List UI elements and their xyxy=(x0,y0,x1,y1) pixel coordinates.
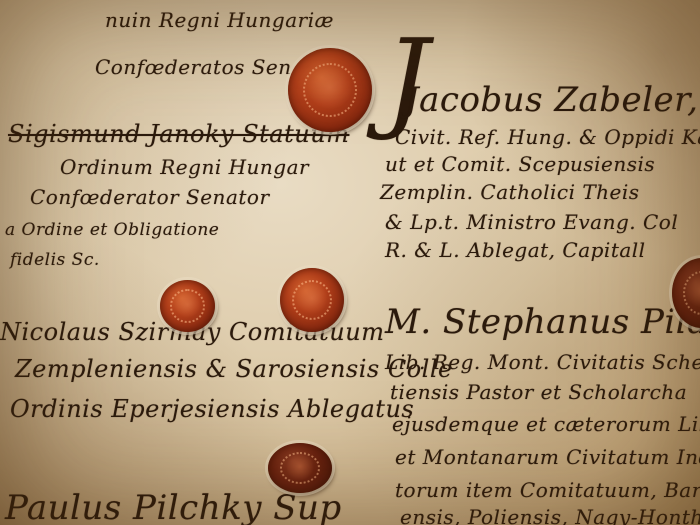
text-top-line1: nuin Regni Hungariæ xyxy=(105,8,334,32)
text-top-line2: Confœderatos Sen xyxy=(95,55,292,79)
text-right-lower-line1: M. Stephanus Pilarik xyxy=(385,302,700,342)
text-right-lower-line3: tiensis Pastor et Scholarcha xyxy=(390,380,687,404)
wax-seal-middle-crest xyxy=(280,268,344,332)
text-left-upper-line2: Ordinum Regni Hungar xyxy=(60,155,309,179)
text-left-middle-line3: Ordinis Eperjesiensis Ablegatus xyxy=(10,395,414,423)
wax-seal-middle-left-small xyxy=(160,280,215,332)
text-left-upper-line4: a Ordine et Obligatione xyxy=(5,220,219,240)
wax-seal-bottom-center xyxy=(268,443,332,493)
text-right-lower-line7: ensis, Poliensis, Nagy-Honthen xyxy=(400,505,700,525)
text-right-lower-line6: torum item Comitatuum, Barsi xyxy=(395,478,700,502)
text-right-upper-line6: R. & L. Ablegat, Capitall xyxy=(385,238,646,262)
text-right-lower-line4: ejusdemque et cæterorum Lib. Re xyxy=(392,412,700,436)
text-bottom-left-line1: Paulus Pilchky Sup xyxy=(5,488,342,525)
wax-seal-top-center xyxy=(288,48,372,132)
flourish-letter-j: J xyxy=(385,15,430,143)
text-right-upper-line4: Zemplin. Catholici Theis xyxy=(380,180,640,204)
text-right-upper-line2: Civit. Ref. Hung. & Oppidi Ka xyxy=(395,125,700,149)
text-left-upper-line3: Confœderator Senator xyxy=(30,185,270,209)
text-left-upper-line5: fidelis Sc. xyxy=(10,250,100,270)
text-right-lower-line5: et Montanarum Civitatum Ind xyxy=(395,445,700,469)
text-right-lower-line2: Lib. Reg. Mont. Civitatis Schem xyxy=(385,350,700,374)
text-right-upper-line3: ut et Comit. Scepusiensis xyxy=(385,152,655,176)
text-right-upper-line1: Jacobus Zabeler, Reg xyxy=(405,80,700,120)
text-left-upper-line1: Sigismund Janoky Statuum xyxy=(8,120,349,148)
text-right-upper-line5: & Lp.t. Ministro Evang. Col xyxy=(385,210,678,234)
